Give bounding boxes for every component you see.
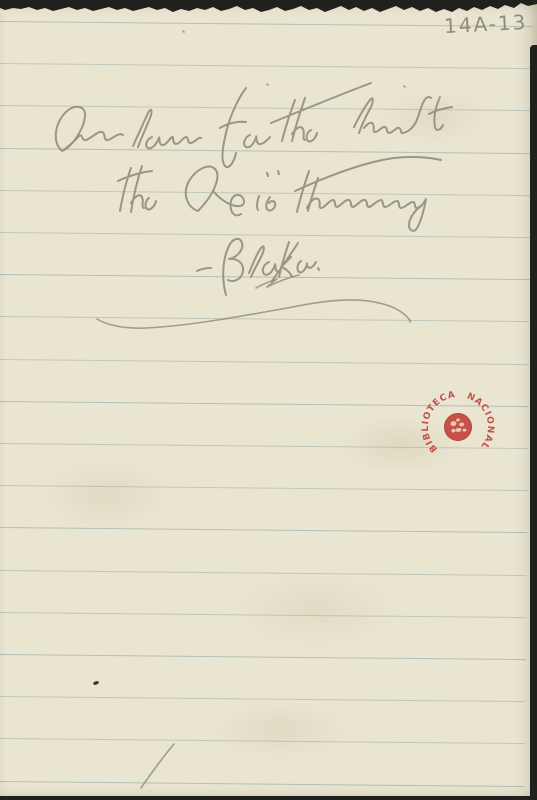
page-edge-right <box>530 45 537 800</box>
pencil-stroke <box>56 83 452 167</box>
page-number: 14A-13 <box>443 10 528 38</box>
flourish-line <box>97 300 410 328</box>
signature <box>197 239 319 295</box>
ink-speck <box>93 680 100 685</box>
paper-sheet: 14A-13 <box>0 0 537 800</box>
torn-edge-top <box>0 0 537 14</box>
signature-underline <box>256 275 299 288</box>
pencil-stroke <box>118 157 441 231</box>
pencil-slash-mark <box>141 744 174 788</box>
handwriting-line-2 <box>118 157 441 231</box>
handwriting-line-1 <box>56 83 452 167</box>
library-stamp: BIBLIOTECA NACIONAL <box>415 385 505 475</box>
page-edge-bottom <box>0 796 537 800</box>
stamp-emblem <box>443 412 473 442</box>
scanned-page: 14A-13 <box>0 0 537 800</box>
pencil-specks <box>183 31 405 87</box>
torn-edge-path <box>0 0 537 12</box>
